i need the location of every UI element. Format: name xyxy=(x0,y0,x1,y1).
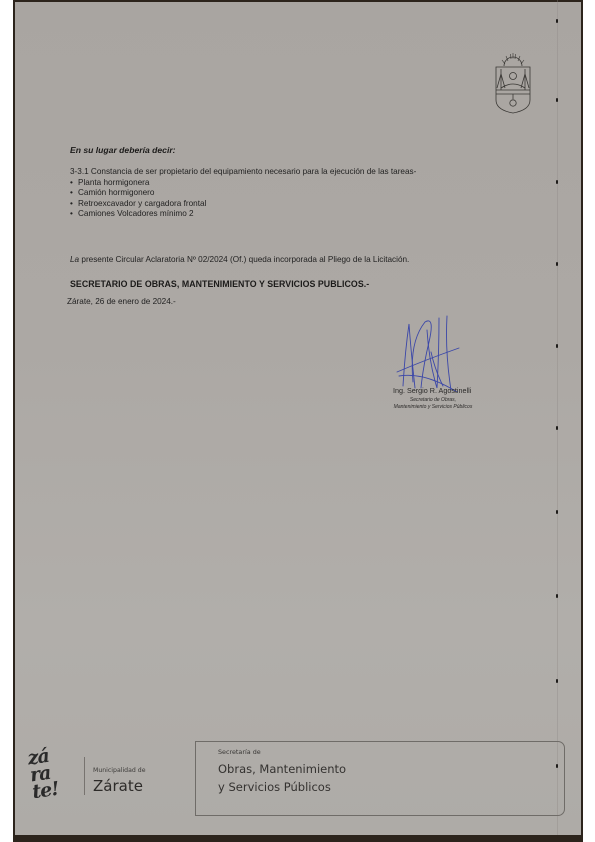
margin-mark xyxy=(556,19,558,23)
margin-mark xyxy=(556,180,558,184)
requirements-list: 3-3.1 Constancia de ser propietario del … xyxy=(70,167,416,220)
zarate-script-logo: zárate! xyxy=(27,746,70,802)
department-subtitle: Secretaría de xyxy=(218,748,261,756)
clause-text: 3-3.1 Constancia de ser propietario del … xyxy=(70,167,416,178)
department-name-line1: Obras, Mantenimiento xyxy=(218,762,346,776)
list-item: •Retroexcavador y cargadora frontal xyxy=(70,199,416,210)
handwritten-signature xyxy=(395,312,465,392)
bullet-icon: • xyxy=(70,188,78,199)
margin-mark xyxy=(556,262,558,266)
margin-mark xyxy=(556,344,558,348)
secretary-title: SECRETARIO DE OBRAS, MANTENIMIENTO Y SER… xyxy=(70,279,369,289)
brand-name: Zárate xyxy=(93,777,143,795)
list-item: •Camión hormigonero xyxy=(70,188,416,199)
coat-of-arms-icon xyxy=(492,52,534,114)
bullet-icon: • xyxy=(70,199,78,210)
section-heading: En su lugar debería decir: xyxy=(70,145,176,155)
signatory-role: Secretario de Obras, Mantenimiento y Ser… xyxy=(383,397,483,411)
margin-mark xyxy=(556,679,558,683)
document-page xyxy=(15,2,581,835)
incorporation-note: La presente Circular Aclaratoria Nº 02/2… xyxy=(70,255,409,264)
list-item: •Camiones Volcadores mínimo 2 xyxy=(70,209,416,220)
brand-subtitle: Municipalidad de xyxy=(93,767,146,774)
margin-mark xyxy=(556,594,558,598)
bullet-icon: • xyxy=(70,209,78,220)
list-item: •Planta hormigonera xyxy=(70,178,416,189)
margin-mark xyxy=(556,426,558,430)
margin-mark xyxy=(556,510,558,514)
place-date: Zárate, 26 de enero de 2024.- xyxy=(67,297,176,306)
bullet-icon: • xyxy=(70,178,78,189)
paper-crease xyxy=(557,0,558,835)
margin-mark xyxy=(556,98,558,102)
department-name-line2: y Servicios Públicos xyxy=(218,780,331,794)
signatory-name: Ing. Sergio R. Agostinelli xyxy=(393,386,471,395)
brand-divider xyxy=(84,757,85,795)
